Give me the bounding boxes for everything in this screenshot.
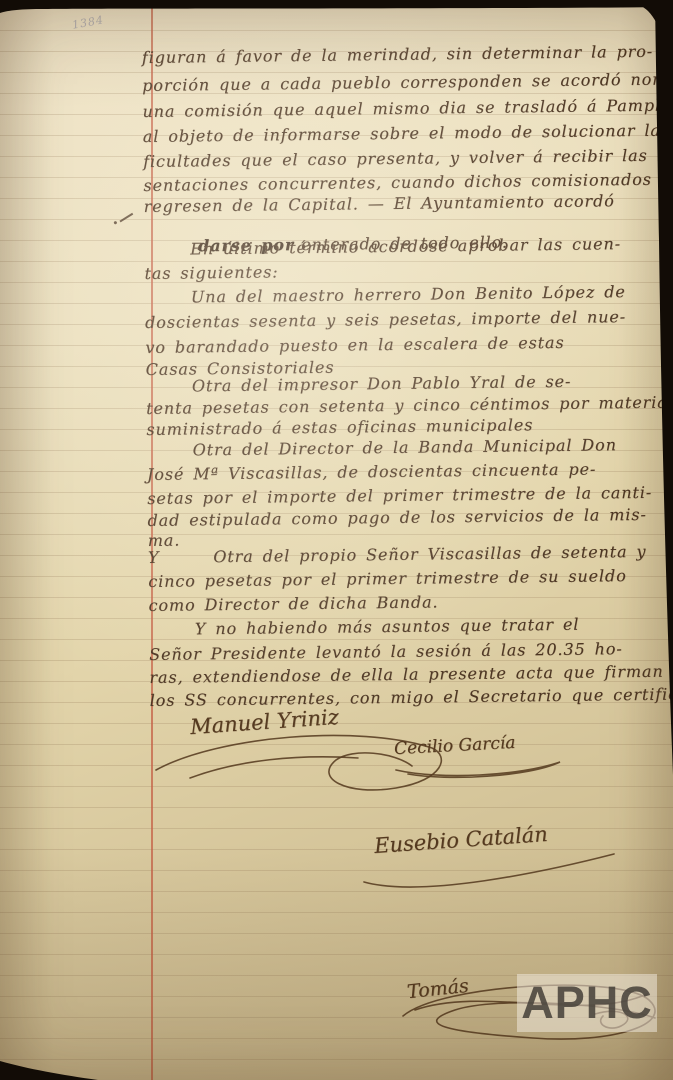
manuscript-line: suministrado á estas oficinas municipale… [146, 415, 533, 439]
manuscript-body: figuran á favor de la merindad, sin dete… [142, 40, 673, 746]
manuscript-line: ficultades que el caso presenta, y volve… [143, 145, 673, 171]
manuscript-line: figuran á favor de la merindad, sin dete… [142, 42, 653, 67]
manuscript-line: José Mª Viscasillas, de doscientas cincu… [147, 460, 596, 484]
signature-councilor-1: Cecilio García [388, 736, 578, 786]
manuscript-line: Señor Presidente levantó la sesión á las… [149, 639, 623, 664]
manuscript-line: Y Otra del propio Señor Viscasillas de s… [148, 542, 647, 567]
signature-councilor-2: Eusebio Catalán [362, 820, 624, 898]
manuscript-line: porción que a cada pueblo corresponden s… [142, 69, 673, 95]
manuscript-line: como Director de dicha Banda. [148, 592, 438, 615]
manuscript-line: al objeto de informarse sobre el modo de… [143, 120, 673, 146]
manuscript-line: tenta pesetas con setenta y cinco céntim… [146, 393, 673, 418]
manuscript-line: vo barandado puesto en la escalera de es… [145, 333, 564, 357]
manuscript-line: ras, extendiendose de ella la presente a… [149, 662, 663, 687]
manuscript-line: setas por el importe del primer trimestr… [147, 483, 652, 508]
manuscript-photo: 1384 figuran á favor de la merindad, sin… [0, 0, 673, 1080]
manuscript-line: Otra del impresor Don Pablo Yral de se- [146, 372, 572, 396]
manuscript-line: Y no habiendo más asuntos que tratar el [149, 615, 580, 639]
manuscript-line: Otra del Director de la Banda Municipal … [147, 435, 617, 460]
manuscript-line: una comisión que aquel mismo dia se tras… [142, 95, 673, 121]
manuscript-line: tas siguientes: [144, 262, 278, 283]
manuscript-line: dad estipulada como pago de los servicio… [147, 505, 646, 530]
manuscript-line: cinco pesetas por el primer trimestre de… [148, 566, 627, 591]
manuscript-line: doscientas sesenta y seis pesetas, impor… [145, 307, 626, 332]
manuscript-line: regresen de la Capital. — El Ayuntamient… [144, 191, 615, 216]
manuscript-line: los SS concurrentes, con migo el Secreta… [150, 684, 673, 710]
manuscript-line: Una del maestro herrero Don Benito López… [145, 282, 626, 307]
aphc-watermark: APHC [517, 974, 657, 1032]
